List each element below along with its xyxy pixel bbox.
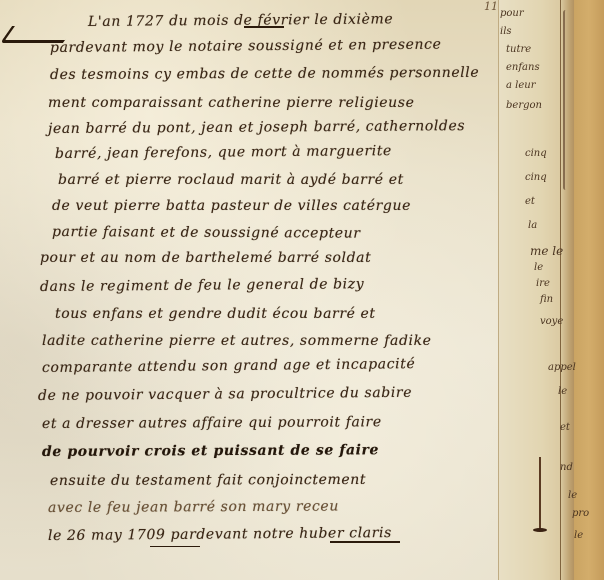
manuscript-line-16: et a dresser autres affaire qui pourroit… (42, 414, 382, 432)
manuscript-line-1: L'an 1727 du mois de février le dixième (88, 11, 393, 30)
margin-note: le (574, 530, 583, 541)
margin-note: enfans (506, 62, 540, 73)
manuscript-line-5: jean barré du pont, jean et joseph barré… (48, 118, 465, 137)
manuscript-line-17: de pourvoir crois et puissant de se fair… (42, 442, 379, 460)
manuscript-line-8: de veut pierre batta pasteur de villes c… (52, 198, 411, 214)
underline-mark (150, 546, 200, 547)
margin-note: ils (500, 26, 512, 37)
margin-note: bergon (506, 100, 542, 111)
margin-note: fin (540, 294, 553, 305)
manuscript-line-6: barré, jean ferefons, que mort à marguer… (55, 143, 392, 162)
manuscript-line-4: ment comparaissant catherine pierre reli… (48, 95, 414, 111)
margin-note: et (525, 196, 535, 207)
strikethrough-mark (244, 26, 284, 28)
page-number: 11 (484, 0, 498, 13)
manuscript-line-13: ladite catherine pierre et autres, somme… (42, 333, 432, 349)
margin-note: a leur (506, 80, 535, 91)
manuscript-photo: 11 L'an 1727 du mois de février le dixiè… (0, 0, 604, 580)
margin-note: pour (500, 8, 524, 19)
margin-note: appel (548, 362, 576, 373)
margin-note: pro (572, 508, 589, 519)
manuscript-line-9: partie faisant et de soussigné accepteur (52, 224, 361, 242)
margin-note: nd (560, 462, 573, 473)
margin-note: cinq (525, 172, 547, 183)
margin-note: tutre (506, 44, 531, 55)
margin-note: le (534, 262, 543, 273)
margin-note: me le (530, 244, 563, 258)
margin-note: le (558, 386, 567, 397)
manuscript-line-15: de ne pouvoir vacquer à sa procultrice d… (38, 385, 412, 404)
manuscript-line-2: pardevant moy le notaire soussigné et en… (50, 37, 442, 56)
vertical-ink-stroke (539, 457, 541, 529)
manuscript-line-18: ensuite du testament fait conjoinctement (50, 472, 366, 489)
margin-note: le (568, 490, 577, 501)
manuscript-line-7: barré et pierre roclaud marit à aydé bar… (58, 172, 404, 188)
manuscript-line-10: pour et au nom de barthelemé barré solda… (40, 250, 371, 266)
manuscript-line-12: tous enfans et gendre dudit écou barré e… (55, 306, 376, 322)
margin-note: et (560, 422, 570, 433)
wooden-desk-background (574, 0, 604, 580)
manuscript-line-19: avec le feu jean barré son mary receu (48, 498, 339, 516)
manuscript-line-11: dans le regiment de feu le general de bi… (40, 276, 364, 295)
margin-note: la (528, 220, 537, 231)
manuscript-line-3: des tesmoins cy embas de cette de nommés… (50, 65, 479, 83)
margin-note: cinq (525, 148, 547, 159)
margin-note: ire (536, 278, 550, 289)
strikethrough-mark (330, 541, 400, 543)
margin-note: voye (540, 316, 563, 327)
